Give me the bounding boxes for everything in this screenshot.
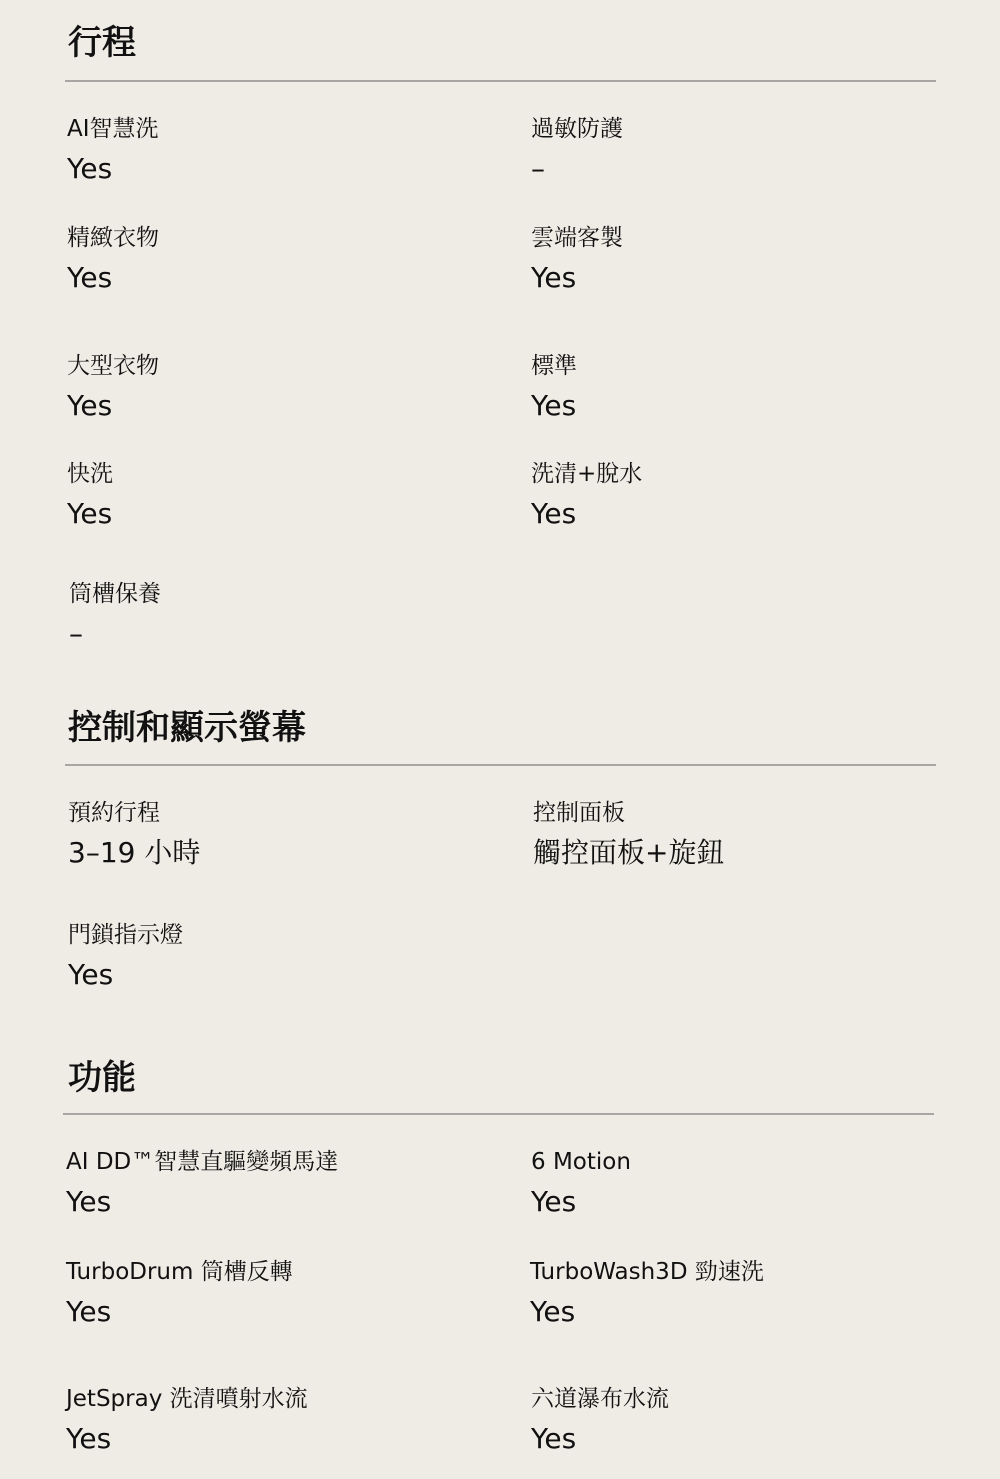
section-divider xyxy=(63,1113,934,1115)
spec-value: Yes xyxy=(531,1188,631,1216)
spec-label: 門鎖指示燈 xyxy=(68,924,183,947)
spec-item-turbodrum: TurboDrum 筒槽反轉 Yes xyxy=(66,1261,293,1326)
spec-label: 洗清+脫水 xyxy=(531,463,642,486)
section-divider xyxy=(65,764,936,766)
spec-item-ai-wash: AI智慧洗 Yes xyxy=(67,118,159,183)
spec-value: – xyxy=(69,620,161,648)
spec-item-6-motion: 6 Motion Yes xyxy=(531,1151,631,1216)
spec-item-ai-dd-motor: AI DD™智慧直驅變頻馬達 Yes xyxy=(66,1151,338,1216)
spec-item-control-panel: 控制面板 觸控面板+旋鈕 xyxy=(533,802,724,867)
section-title-features: 功能 xyxy=(68,1061,136,1095)
spec-label: TurboWash3D 勁速洗 xyxy=(530,1261,764,1284)
spec-value: Yes xyxy=(66,1188,338,1216)
spec-value: 觸控面板+旋鈕 xyxy=(533,839,724,867)
spec-item-delay-start: 預約行程 3–19 小時 xyxy=(68,802,200,867)
spec-item-bulky: 大型衣物 Yes xyxy=(67,355,159,420)
spec-label: JetSpray 洗清噴射水流 xyxy=(66,1388,308,1411)
spec-value: Yes xyxy=(67,155,159,183)
spec-label: 6 Motion xyxy=(531,1151,631,1174)
spec-value: Yes xyxy=(531,264,623,292)
spec-value: Yes xyxy=(66,1425,308,1453)
spec-label: TurboDrum 筒槽反轉 xyxy=(66,1261,293,1284)
spec-item-rinse-spin: 洗清+脫水 Yes xyxy=(531,463,642,528)
spec-label: 快洗 xyxy=(67,463,113,486)
spec-label: 標準 xyxy=(531,355,577,378)
spec-label: 筒槽保養 xyxy=(69,583,161,606)
spec-item-allergy-care: 過敏防護 – xyxy=(531,118,623,183)
spec-value: Yes xyxy=(530,1298,764,1326)
section-divider xyxy=(65,80,936,82)
spec-value: Yes xyxy=(68,961,183,989)
spec-item-delicates: 精緻衣物 Yes xyxy=(67,227,159,292)
spec-item-tub-clean: 筒槽保養 – xyxy=(69,583,161,648)
spec-value: Yes xyxy=(531,1425,669,1453)
spec-value: Yes xyxy=(67,500,113,528)
spec-item-jetspray: JetSpray 洗清噴射水流 Yes xyxy=(66,1388,308,1453)
spec-label: 雲端客製 xyxy=(531,227,623,250)
spec-value: Yes xyxy=(531,500,642,528)
spec-label: 精緻衣物 xyxy=(67,227,159,250)
spec-label: AI智慧洗 xyxy=(67,118,159,141)
spec-item-quick-wash: 快洗 Yes xyxy=(67,463,113,528)
spec-value: Yes xyxy=(66,1298,293,1326)
spec-value: Yes xyxy=(67,392,159,420)
spec-item-six-waterfall: 六道瀑布水流 Yes xyxy=(531,1388,669,1453)
spec-value: – xyxy=(531,155,623,183)
spec-label: 控制面板 xyxy=(533,802,724,825)
spec-value: Yes xyxy=(531,392,577,420)
spec-label: 六道瀑布水流 xyxy=(531,1388,669,1411)
spec-label: 大型衣物 xyxy=(67,355,159,378)
spec-label: 預約行程 xyxy=(68,802,200,825)
spec-label: 過敏防護 xyxy=(531,118,623,141)
spec-label: AI DD™智慧直驅變頻馬達 xyxy=(66,1151,338,1174)
spec-item-normal: 標準 Yes xyxy=(531,355,577,420)
section-title-cycles: 行程 xyxy=(68,26,136,60)
spec-item-door-lock-indicator: 門鎖指示燈 Yes xyxy=(68,924,183,989)
spec-value: Yes xyxy=(67,264,159,292)
spec-item-turbowash3d: TurboWash3D 勁速洗 Yes xyxy=(530,1261,764,1326)
section-title-controls-display: 控制和顯示螢幕 xyxy=(68,711,306,745)
spec-item-cloud-cycle: 雲端客製 Yes xyxy=(531,227,623,292)
spec-value: 3–19 小時 xyxy=(68,839,200,867)
